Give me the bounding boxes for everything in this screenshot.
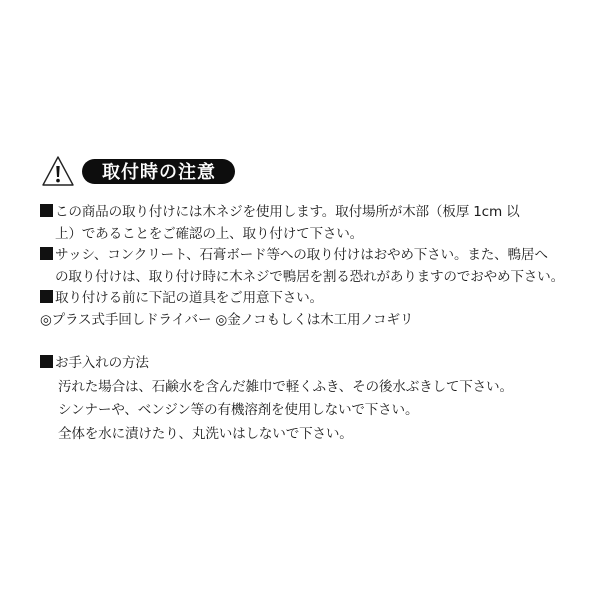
warning-triangle-icon bbox=[41, 155, 75, 187]
caution-item: サッシ、コンクリート、石膏ボード等への取り付けはおやめ下さい。また、鴨居へ bbox=[40, 245, 585, 267]
tools-list: ◎プラス式手回しドライバー ◎金ノコもしくは木工用ノコギリ bbox=[40, 310, 585, 332]
square-bullet-icon bbox=[40, 204, 53, 217]
caution-item-continuation: の取り付けは、取り付け時に木ネジで鴨居を割る恐れがありますのでおやめ下さい。 bbox=[40, 267, 585, 289]
caution-item-continuation: 上）であることをご確認の上、取り付けて下さい。 bbox=[40, 224, 585, 246]
care-instruction: 汚れた場合は、石鹸水を含んだ雑巾で軽くふき、その後水ぶきして下さい。 bbox=[40, 376, 585, 400]
caution-item: 取り付ける前に下記の道具をご用意下さい。 bbox=[40, 288, 585, 310]
care-instruction: シンナーや、ベンジン等の有機溶剤を使用しないで下さい。 bbox=[40, 399, 585, 423]
caution-title-badge: 取付時の注意 bbox=[82, 159, 235, 184]
square-bullet-icon bbox=[40, 247, 53, 260]
care-section: お手入れの方法 汚れた場合は、石鹸水を含んだ雑巾で軽くふき、その後水ぶきして下さ… bbox=[40, 352, 585, 446]
care-title: お手入れの方法 bbox=[40, 352, 585, 376]
square-bullet-icon bbox=[40, 355, 53, 368]
caution-title: 取付時の注意 bbox=[102, 158, 216, 184]
caution-header: 取付時の注意 bbox=[41, 154, 235, 188]
square-bullet-icon bbox=[40, 290, 53, 303]
caution-section: この商品の取り付けには木ネジを使用します。取付場所が木部（板厚 1cm 以 上）… bbox=[40, 202, 585, 331]
care-instruction: 全体を水に漬けたり、丸洗いはしないで下さい。 bbox=[40, 423, 585, 447]
caution-item: この商品の取り付けには木ネジを使用します。取付場所が木部（板厚 1cm 以 bbox=[40, 202, 585, 224]
